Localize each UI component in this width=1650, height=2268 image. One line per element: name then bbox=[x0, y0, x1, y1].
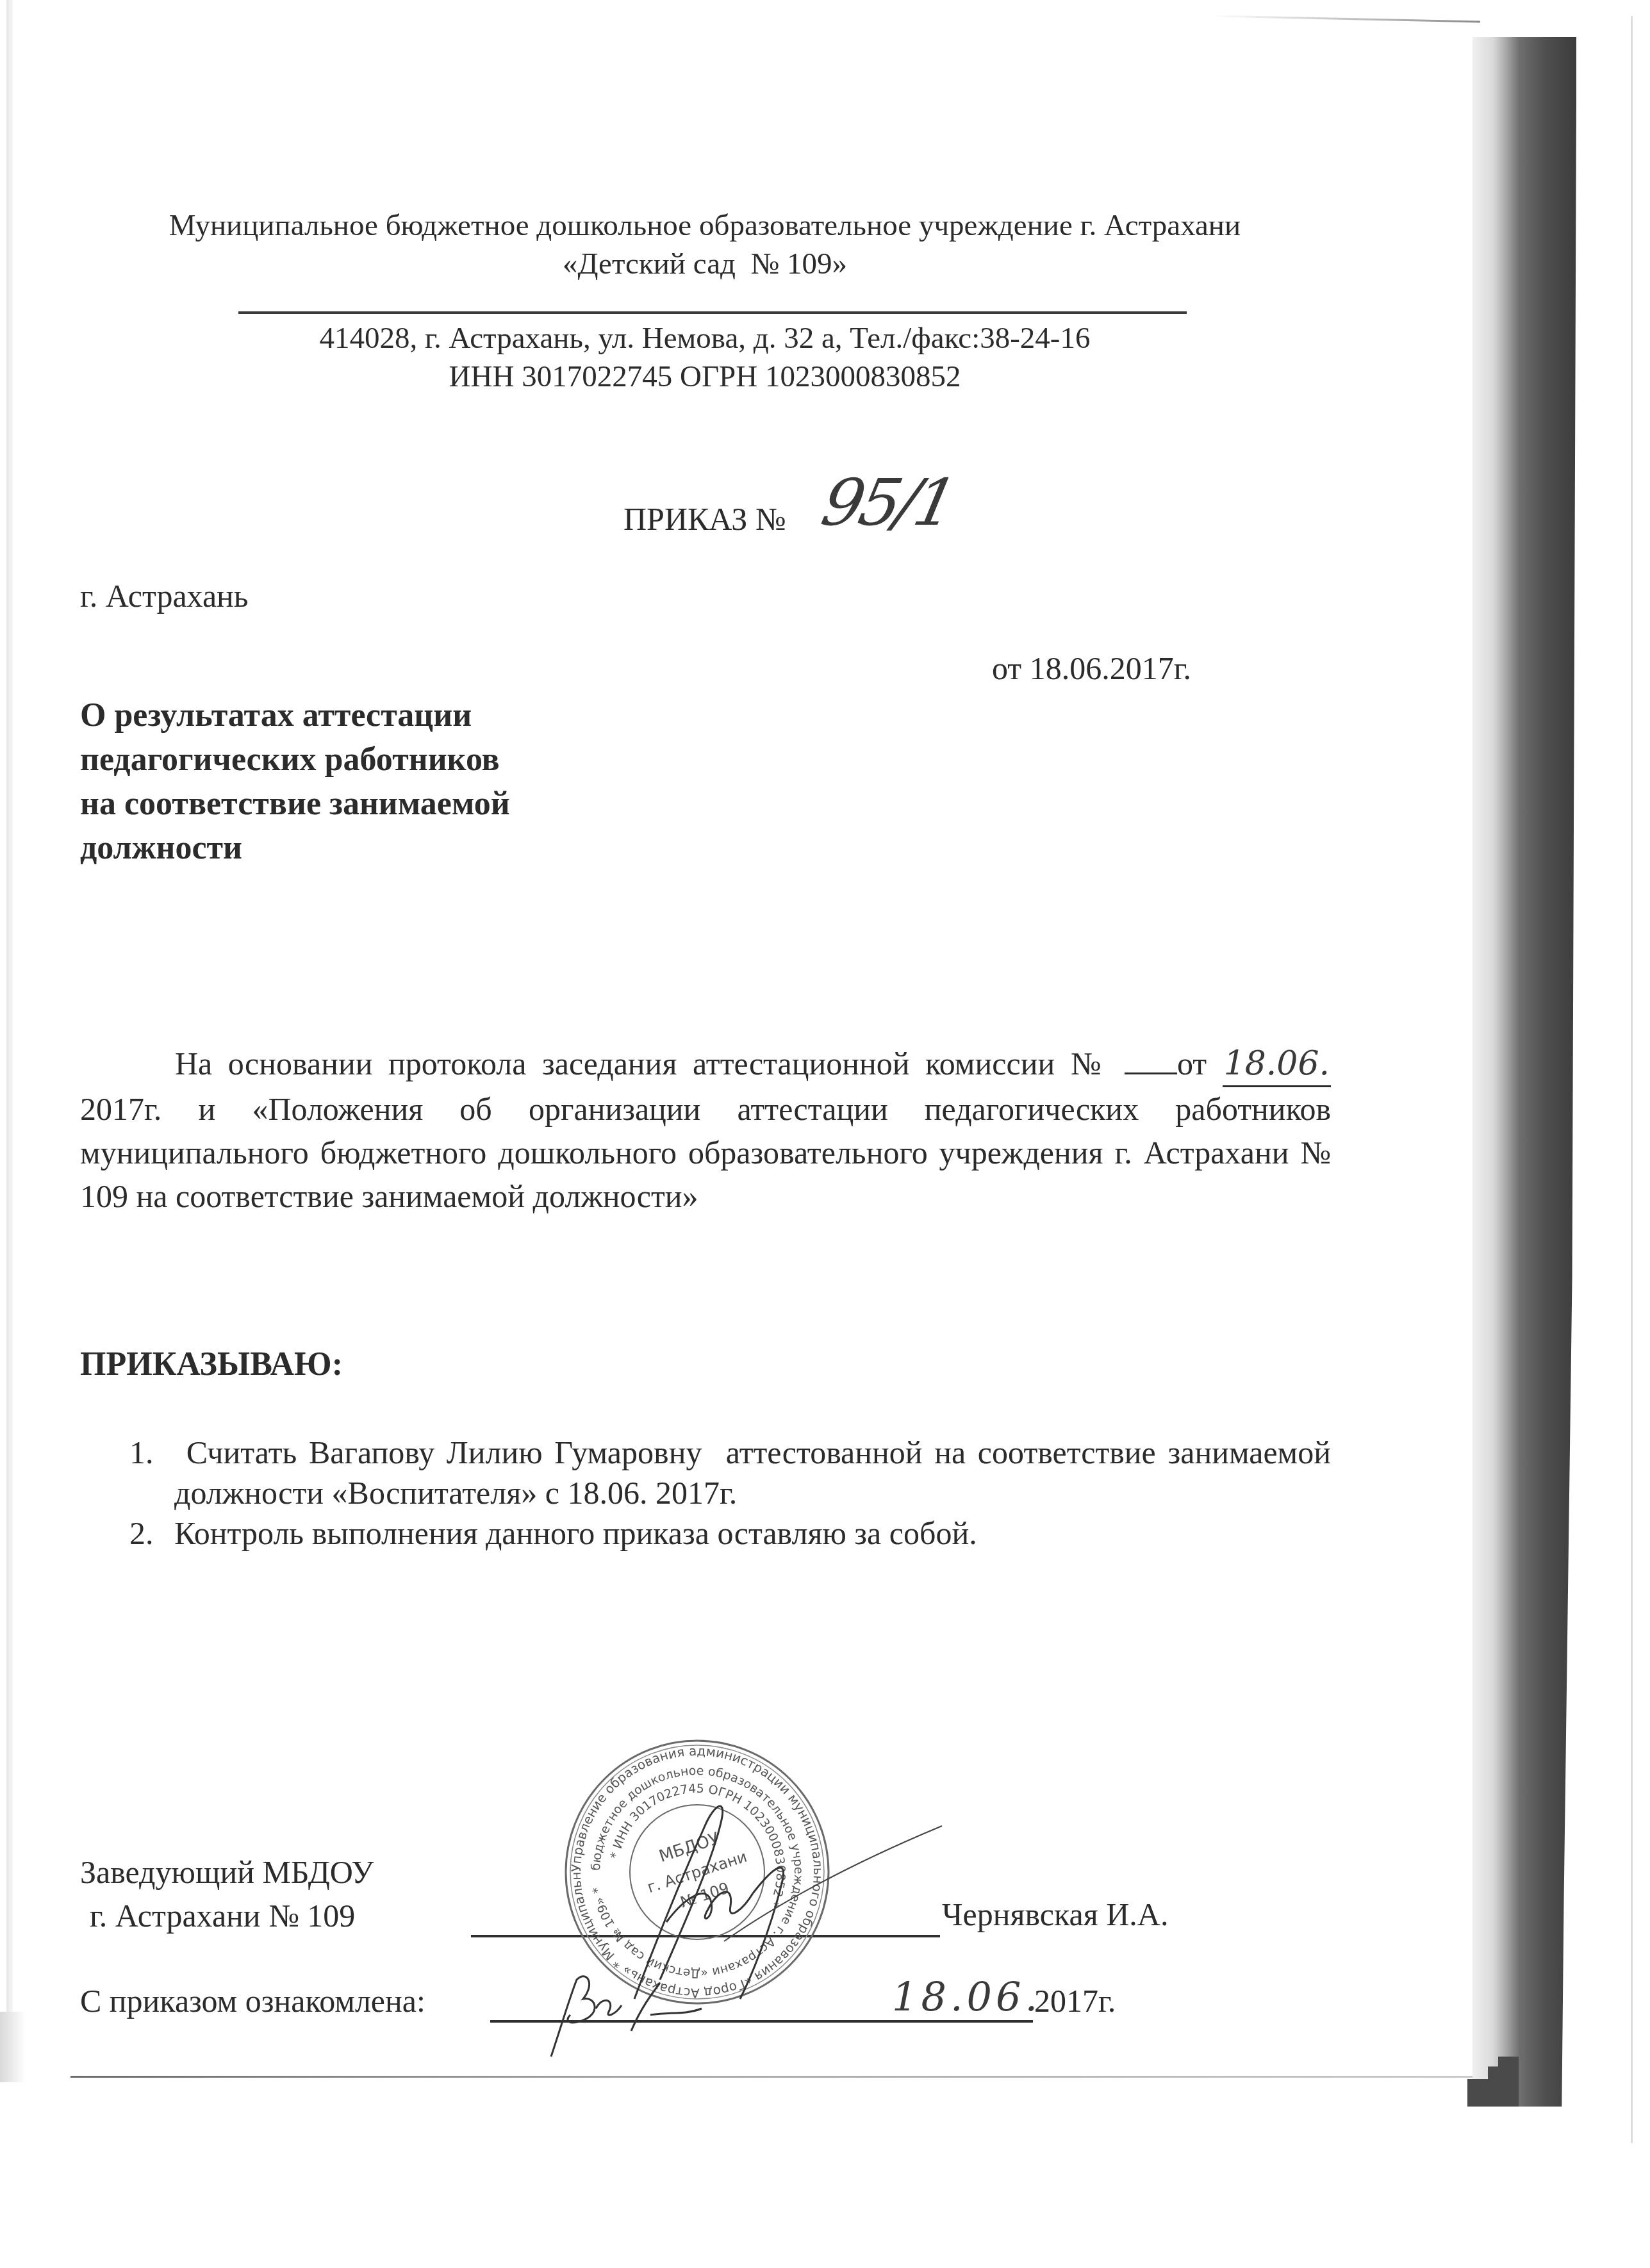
scan-left-edge bbox=[6, 0, 13, 2076]
order-heading: ПРИКАЗЫВАЮ: bbox=[80, 1345, 343, 1383]
order-item-number: 2. bbox=[129, 1513, 154, 1554]
title-line: педагогических работников bbox=[80, 737, 510, 782]
order-number-handwritten: 95/1 bbox=[816, 471, 959, 535]
order-item-text: Считать Вагапову Лилию Гумаровну аттесто… bbox=[174, 1434, 1339, 1511]
letterhead-divider bbox=[238, 311, 1187, 314]
title-line: должности bbox=[80, 826, 510, 870]
signatory-name: Чернявская И.А. bbox=[942, 1898, 1168, 1930]
scan-top-edge bbox=[1211, 15, 1480, 23]
order-city: г. Астрахань bbox=[80, 580, 249, 612]
order-items: 1. Считать Вагапову Лилию Гумаровну атте… bbox=[80, 1433, 1331, 1554]
protocol-number-blank[interactable] bbox=[1125, 1047, 1177, 1074]
scan-left-edge-shade bbox=[0, 2012, 26, 2082]
preamble-text-2: от bbox=[1177, 1046, 1207, 1081]
title-line: О результатах аттестации bbox=[80, 693, 510, 737]
acknowledgement-label: С приказом ознакомлена: bbox=[80, 1985, 425, 2017]
preamble-text-1: На основании протокола заседания аттеста… bbox=[175, 1046, 1109, 1081]
preamble-paragraph: На основании протокола заседания аттеста… bbox=[80, 1042, 1331, 1218]
scanner-shadow-band bbox=[1473, 37, 1576, 2107]
letterhead: Муниципальное бюджетное дошкольное образ… bbox=[96, 206, 1314, 283]
organization-name: Муниципальное бюджетное дошкольное образ… bbox=[96, 206, 1314, 245]
employee-signature-icon bbox=[525, 1970, 705, 2060]
letterhead-contacts: 414028, г. Астрахань, ул. Немова, д. 32 … bbox=[96, 319, 1314, 396]
preamble-text-3: 2017г. и «Положения об организации аттес… bbox=[80, 1091, 1331, 1214]
protocol-date-handwritten: 18.06. bbox=[1223, 1042, 1331, 1087]
signatory-position: Заведующий МБДОУ bbox=[80, 1856, 374, 1888]
order-title: О результатах аттестации педагогических … bbox=[80, 693, 510, 870]
acknowledgement-year: 2017г. bbox=[1034, 1985, 1116, 2017]
order-item: 2. Контроль выполнения данного приказа о… bbox=[80, 1513, 1331, 1554]
order-item: 1. Считать Вагапову Лилию Гумаровну атте… bbox=[80, 1433, 1331, 1513]
organization-short-name: «Детский сад № 109» bbox=[96, 245, 1314, 283]
order-item-text: Контроль выполнения данного приказа оста… bbox=[174, 1515, 977, 1551]
order-label: ПРИКАЗ № bbox=[623, 503, 786, 535]
order-date: от 18.06.2017г. bbox=[992, 652, 1191, 684]
scan-right-border bbox=[1631, 16, 1633, 2143]
paper-bottom-edge bbox=[70, 2076, 1474, 2078]
signatory-organization: г. Астрахани № 109 bbox=[90, 1900, 355, 1932]
address-line: 414028, г. Астрахань, ул. Немова, д. 32 … bbox=[96, 319, 1314, 357]
order-item-number: 1. bbox=[129, 1433, 154, 1473]
registration-ids: ИНН 3017022745 ОГРН 1023000830852 bbox=[96, 357, 1314, 396]
title-line: на соответствие занимаемой bbox=[80, 782, 510, 826]
